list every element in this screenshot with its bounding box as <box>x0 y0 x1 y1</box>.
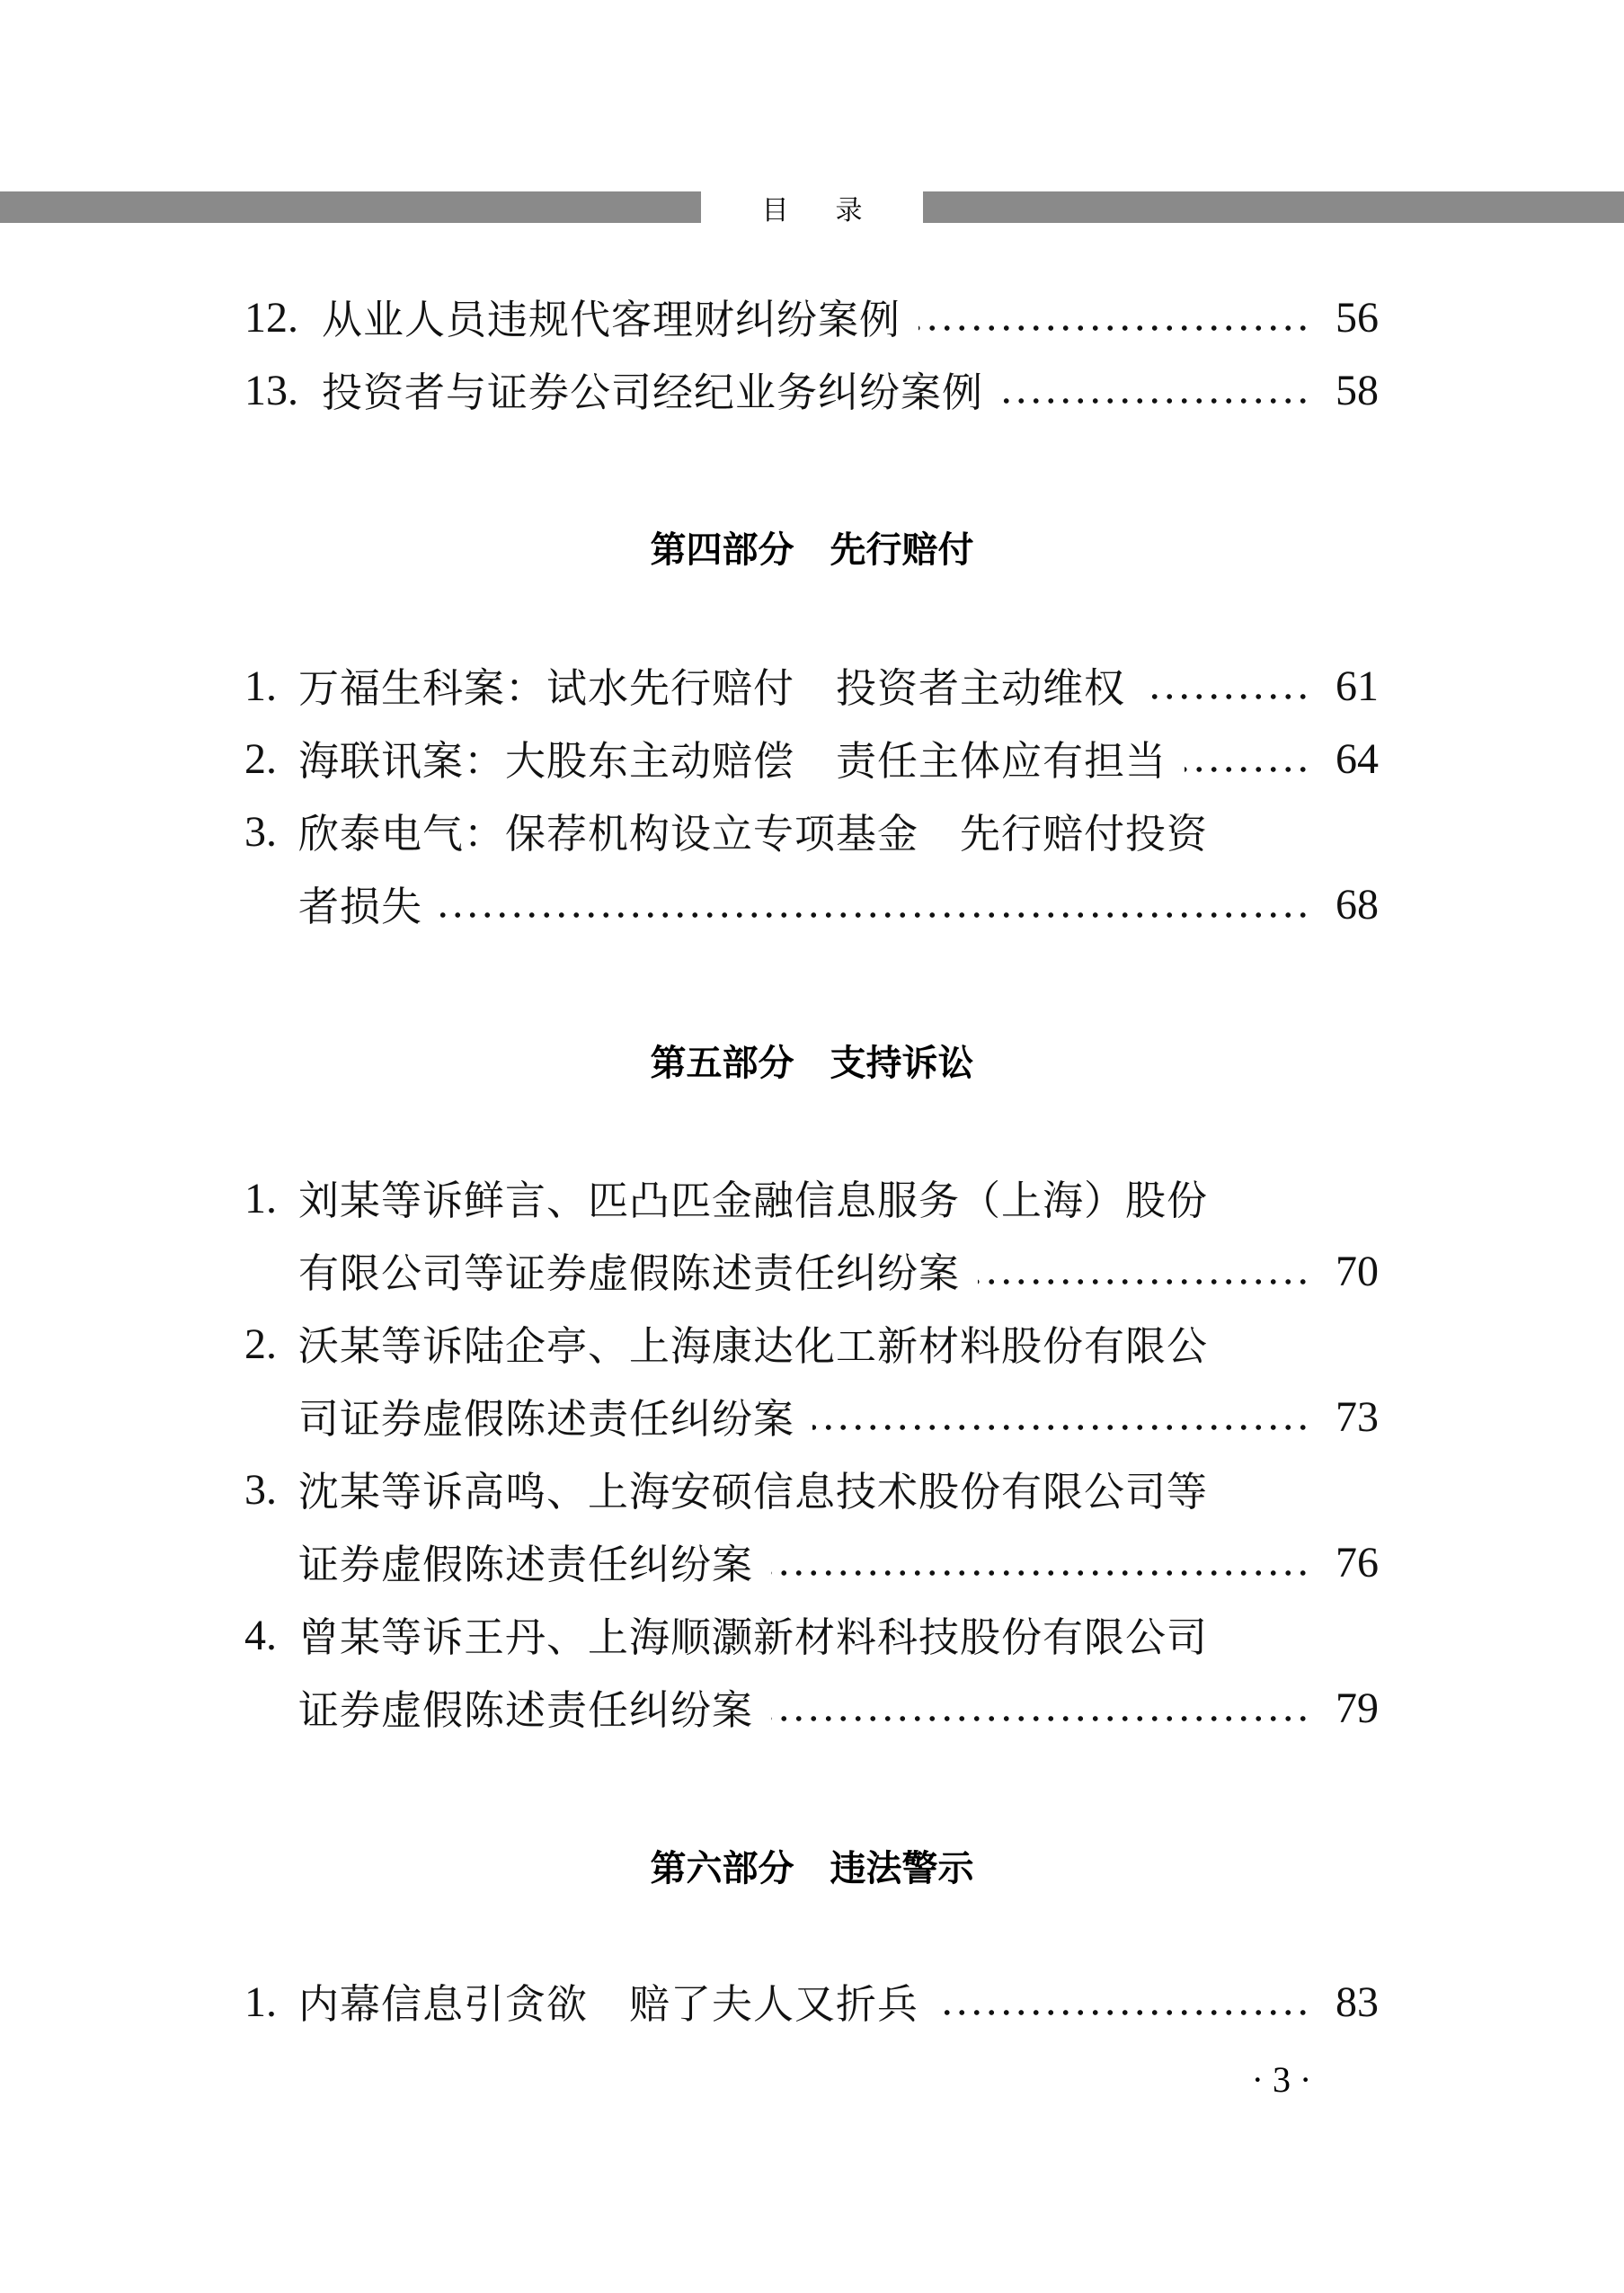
toc-entry-title: 刘某等诉鲜言、匹凸匹金融信息服务（上海）股份 <box>298 1180 1208 1221</box>
toc-entry-number: 1. <box>244 665 298 708</box>
toc-entry-title: 欣泰电气：保荐机构设立专项基金 先行赔付投资 <box>298 813 1208 854</box>
toc-entry-title: 从业人员违规代客理财纠纷案例 <box>322 299 901 340</box>
toc-entry[interactable]: 12. 从业人员违规代客理财纠纷案例 56 <box>244 286 1379 340</box>
toc-entry-number: 1. <box>244 1178 298 1221</box>
toc-entry-title: 万福生科案：试水先行赔付 投资者主动维权 <box>298 668 1125 708</box>
toc-entry-title: 投资者与证券公司经纪业务纠纷案例 <box>322 372 983 413</box>
toc-entry-page: 68 <box>1327 884 1379 927</box>
toc-entry[interactable]: 4. 曾某等诉王丹、上海顺灏新材料科技股份有限公司 <box>244 1604 1379 1658</box>
toc-entry-number: 2. <box>244 1323 298 1366</box>
dot-leader <box>440 912 1310 918</box>
toc-entry-number: 3. <box>244 811 298 854</box>
toc-entry-continuation[interactable]: 证券虚假陈述责任纠纷案 76 <box>244 1531 1379 1585</box>
toc-entry-number: 2. <box>244 738 298 781</box>
toc-entry[interactable]: 3. 欣泰电气：保荐机构设立专项基金 先行赔付投资 <box>244 800 1379 854</box>
toc-entry-page: 58 <box>1327 369 1379 413</box>
toc-entry[interactable]: 1. 刘某等诉鲜言、匹凸匹金融信息服务（上海）股份 <box>244 1167 1379 1221</box>
toc-entry-continuation[interactable]: 者损失 68 <box>244 873 1379 927</box>
dot-leader <box>1001 398 1310 404</box>
toc-entry-page: 83 <box>1327 1981 1379 2024</box>
toc-entry-page: 56 <box>1327 297 1379 340</box>
section-heading: 第四部分 先行赔付 <box>0 521 1624 573</box>
toc-entry-number: 13. <box>244 369 322 413</box>
toc-entry[interactable]: 13. 投资者与证券公司经纪业务纠纷案例 58 <box>244 359 1379 413</box>
toc-entry-title: 内幕信息引贪欲 赔了夫人又折兵 <box>298 1984 918 2024</box>
toc-entry-number: 4. <box>244 1614 298 1658</box>
dot-leader <box>812 1425 1310 1430</box>
toc-entry[interactable]: 2. 沃某等诉陆企亭、上海康达化工新材料股份有限公 <box>244 1312 1379 1366</box>
toc-entry[interactable]: 1. 内幕信息引贪欲 赔了夫人又折兵 83 <box>244 1970 1379 2024</box>
dot-leader <box>978 1279 1310 1284</box>
section-heading: 第六部分 违法警示 <box>0 1840 1624 1891</box>
toc-entry-number: 12. <box>244 297 322 340</box>
dot-leader <box>1185 767 1310 772</box>
toc-entry-page: 64 <box>1327 738 1379 781</box>
toc-entry-title-cont: 司证券虚假陈述责任纠纷案 <box>244 1399 794 1439</box>
toc-entry-title: 沈某等诉高鸣、上海安硕信息技术股份有限公司等 <box>298 1471 1208 1512</box>
toc-entry[interactable]: 3. 沈某等诉高鸣、上海安硕信息技术股份有限公司等 <box>244 1458 1379 1512</box>
toc-entry-title-cont: 有限公司等证券虚假陈述责任纠纷案 <box>244 1253 960 1293</box>
toc-entry-page: 70 <box>1327 1250 1379 1293</box>
page-title: 目录 <box>701 191 923 224</box>
toc-entry-title-cont: 证券虚假陈述责任纠纷案 <box>244 1544 753 1585</box>
toc-entry-continuation[interactable]: 有限公司等证券虚假陈述责任纠纷案 70 <box>244 1240 1379 1293</box>
dot-leader <box>918 325 1310 331</box>
toc-entry[interactable]: 1. 万福生科案：试水先行赔付 投资者主动维权 61 <box>244 654 1379 708</box>
toc-entry-page: 79 <box>1327 1687 1379 1730</box>
toc-entry-page: 76 <box>1327 1542 1379 1585</box>
header-bar-left <box>0 191 701 223</box>
header-bar-right <box>923 191 1624 223</box>
toc-entry-title: 沃某等诉陆企亭、上海康达化工新材料股份有限公 <box>298 1326 1208 1366</box>
dot-leader <box>771 1570 1310 1576</box>
toc-entry-title: 曾某等诉王丹、上海顺灏新材料科技股份有限公司 <box>298 1617 1208 1658</box>
toc-entry-continuation[interactable]: 司证券虚假陈述责任纠纷案 73 <box>244 1385 1379 1439</box>
dot-leader <box>771 1716 1310 1721</box>
toc-entry-number: 1. <box>244 1981 298 2024</box>
toc-entry-page: 73 <box>1327 1396 1379 1439</box>
toc-entry-title: 海联讯案：大股东主动赔偿 责任主体应有担当 <box>298 741 1167 781</box>
toc-entry-continuation[interactable]: 证券虚假陈述责任纠纷案 79 <box>244 1676 1379 1730</box>
page-number: · 3 · <box>1240 2058 1323 2101</box>
dot-leader <box>936 2010 1310 2015</box>
toc-entry-number: 3. <box>244 1469 298 1512</box>
toc-entry-title-cont: 证券虚假陈述责任纠纷案 <box>244 1690 753 1730</box>
dot-leader <box>1143 694 1310 699</box>
section-heading: 第五部分 支持诉讼 <box>0 1035 1624 1086</box>
toc-entry-title-cont: 者损失 <box>244 886 422 927</box>
toc-entry[interactable]: 2. 海联讯案：大股东主动赔偿 责任主体应有担当 64 <box>244 727 1379 781</box>
toc-entry-page: 61 <box>1327 665 1379 708</box>
